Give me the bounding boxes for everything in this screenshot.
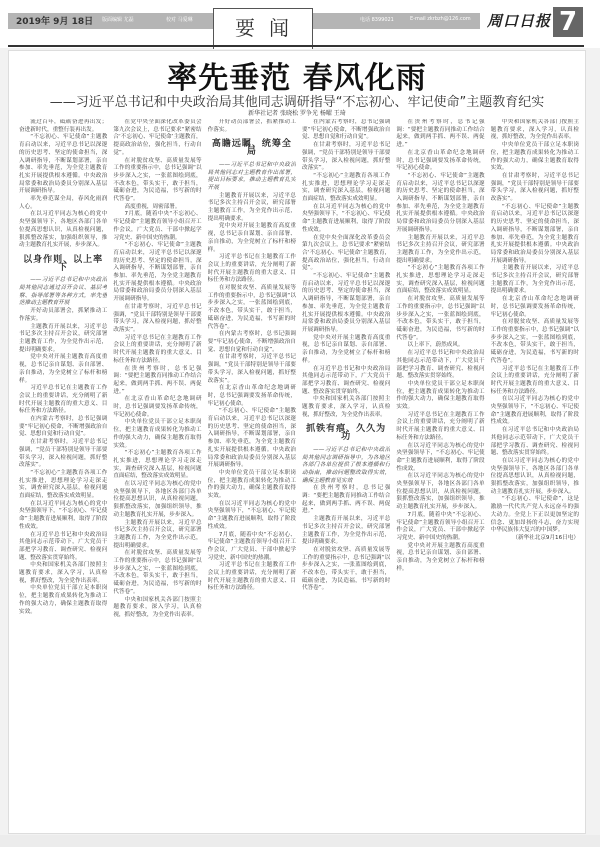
paragraph: 在对脱贫攻坚、高质量发展等工作的重要指示中，总书记强调“以步步深入之实，一张蓝图… (302, 547, 390, 593)
contact-email: E-mail zkrbzh@126.com (410, 16, 471, 22)
paragraph: “不忘初心、牢记使命”主题教育启动以来，习近平总书记以深邃的历史思考、坚定的使命… (208, 408, 296, 470)
column-6: 中央和国家机关各部门按照主题教育要求，深入学习，认真检视，抓好整改，为全党作出表… (491, 119, 579, 829)
section-heading: 以身作则、以上率下 (19, 257, 107, 272)
article-columns: 流过百年，砥砺奋进再出发；奋进新时代，重整行装再出发。 “不忘初心、牢记使命”主… (19, 119, 579, 829)
paragraph: 在贵州考察时，总书记强调：“要把主题教育同推动工作结合起来，做到两手抓、两不误、… (113, 366, 201, 397)
paragraph: 在北京香山革命纪念地调研时，总书记强调要发扬革命传统，牢记初心使命。 (113, 396, 201, 419)
paragraph: 在以习近平同志为核心的党中央坚强领导下，“不忘初心、牢记使命”主题教育进展顺利，… (19, 501, 107, 532)
byline: 新华社记者 张晓松 罗争光 杨曜 王琦 (9, 108, 585, 117)
section-intro: ——习近平总书记和中央政治局其他同志调研指导中，为各地区各部门各单位提供了根本遵… (302, 447, 390, 486)
page-number: 7 (553, 7, 583, 37)
paragraph: “不忘初心、牢记使命”主题教育启动以来，习近平总书记以深邃的历史思考、坚定的使命… (491, 204, 579, 266)
paragraph: 在甘肃考察时，习近平总书记强调，“党员干部特别是领导干部要带头学习，深入检视问题… (302, 142, 390, 173)
column-1: 流过百年，砥砺奋进再出发；奋进新时代，重整行装再出发。 “不忘初心、牢记使命”主… (19, 119, 107, 829)
paragraph: 在贵州考察时，总书记强调：“要把主题教育同推动工作结合起来，做到两手抓、两不误、… (396, 119, 484, 150)
paragraph: 7月底，随着中央“不忘初心、牢记使命”主题教育领导小组召开工作会议，广大党员、干… (113, 211, 201, 242)
article: 率先垂范 春风化雨 ——习近平总书记和中央政治局其他同志调研指导“不忘初心、牢记… (8, 50, 586, 834)
paragraph: 开好动员部署会，抓紧推动工作落实。 (208, 119, 296, 134)
paragraph: 习近平总书记在主题教育工作会议上的重要讲话，充分阐明了新时代开展主题教育的重大意… (19, 385, 107, 416)
paragraph: 在习近平总书记和中央政治局其他同志示范带动下，广大党员干部把学习教育、调查研究、… (302, 366, 390, 397)
paragraph: 党中央对开展主题教育高度重视，总书记亲自谋划、亲自部署、亲自推动，为全党树立了标… (19, 354, 107, 385)
section-heading: 高瞻远瞩、统筹全局 (208, 141, 296, 156)
paragraph: 中央单位党员干部立足本职岗位，把主题教育成果转化为推动工作的强大动力，确保主题教… (208, 470, 296, 501)
paragraph: “不忘初心、牢记使命”主题教育启动以来，习近平总书记以深邃的历史思考、坚定的使命… (302, 273, 390, 335)
paragraph: “不忘初心”主题教育各项工作扎实推进，思想理论学习走深走实，调查研究深入基层，检… (113, 450, 201, 481)
paragraph: 中央和国家机关各部门按照主题教育要求，深入学习，认真检视，抓好整改，为全党作出表… (19, 562, 107, 585)
paragraph: 中央和国家机关各部门按照主题教育要求，深入学习，认真检视，抓好整改，为全党作出表… (113, 597, 201, 620)
paragraph: 在甘肃考察时，习近平总书记强调，“党员干部特别是领导干部要带头学习，深入检视问题… (113, 304, 201, 335)
contact-phone: 电话 8399021 (360, 16, 394, 23)
paragraph: 在党中央全面深化改革委员会第九次会议上，总书记要求“紧密结合‘不忘初心、牢记使命… (302, 235, 390, 274)
paragraph: 在内蒙古考察时，总书记强调要“牢记初心使命，不断增强政治自觉、思想自觉和行动自觉… (19, 416, 107, 439)
masthead-divider (8, 45, 584, 47)
paragraph: 在习近平总书记和中央政治局其他同志示范带动下，广大党员干部把学习教育、调查研究、… (19, 532, 107, 563)
paragraph: 中央和国家机关各部门按照主题教育要求，深入学习，认真检视，抓好整改，为全党作出表… (491, 119, 579, 142)
paragraph: 在甘肃考察时，习近平总书记强调，“党员干部特别是领导干部要带头学习，深入检视问题… (491, 173, 579, 204)
paragraph: 在以习近平同志为核心的党中央坚强领导下，各地区各部门各单位提高思想认识，从真检视… (396, 473, 484, 512)
paragraph: 在甘肃考察时，习近平总书记强调，“党员干部特别是领导干部要带头学习，深入检视问题… (19, 439, 107, 470)
paragraph: 习近平总书记在主题教育工作会议上的重要讲话，充分阐明了新时代开展主题教育的重大意… (396, 412, 484, 443)
paragraph: 在以习近平同志为核心的党中央坚强领导下，各地区各部门各单位提高思想认识，从真检视… (113, 481, 201, 520)
section-label-box: 要闻 (213, 8, 313, 49)
section-intro: ——习近平总书记和中央政治局其他同志对主题教育作出部署，提出目标要求，推动主题教… (208, 162, 296, 193)
paragraph: 主题教育开展以来，习近平总书记多次主持召开会议，研究部署主题教育工作，为全党作出… (396, 235, 484, 266)
paragraph: 主题教育开展以来，习近平总书记多次主持召开会议，研究部署主题教育工作，为全党作出… (19, 324, 107, 355)
paragraph: 在以习近平同志为核心的党中央坚强领导下，“不忘初心、牢记使命”主题教育进展顺利，… (396, 443, 484, 474)
paragraph: 在对脱贫攻坚、高质量发展等工作的重要指示中，总书记强调“以步步深入之实，一张蓝图… (113, 550, 201, 596)
section-heading: 抓铁有痕、久久为功 (302, 426, 390, 441)
paragraph: 中央单位党员干部立足本职岗位，把主题教育成果转化为推动工作的强大动力，确保主题教… (113, 419, 201, 450)
paragraph: 习近平总书记在主题教育工作会议上的重要讲话，充分阐明了新时代开展主题教育的重大意… (113, 335, 201, 366)
issue-date: 2019年 9月 18日 (16, 14, 93, 27)
paragraph: 党中央对开展主题教育高度重视，总书记亲自谋划、亲自部署、亲自推动，为全党树立了标… (396, 543, 484, 574)
paragraph: 在北京香山革命纪念地调研时，总书记强调要发扬革命传统，牢记初心使命。 (396, 150, 484, 173)
paragraph: 中央单位党员干部立足本职岗位，把主题教育成果转化为推动工作的强大动力，确保主题教… (396, 381, 484, 412)
page-editor: 版面编辑 尤磊 (102, 16, 134, 23)
paragraph: 在党中央全面深化改革委员会第九次会议上，总书记要求“紧密结合‘不忘初心、牢记使命… (113, 119, 201, 158)
paragraph: “不忘初心、牢记使命”主题教育启动以来，习近平总书记以深邃的历史思考、坚定的使命… (396, 173, 484, 235)
column-5: 在贵州考察时，总书记强调：“要把主题教育同推动工作结合起来，做到两手抓、两不误、… (396, 119, 484, 829)
paragraph: 习近平总书记在主题教育工作会议上的重要讲话，充分阐明了新时代开展主题教育的重大意… (208, 562, 296, 593)
proofreader: 校对 马爱琳 (166, 16, 193, 23)
paragraph: “不忘初心”主题教育各项工作扎实推进，思想理论学习走深走实，调查研究深入基层，检… (19, 470, 107, 501)
paragraph: 主题教育开展以来，习近平总书记多次主持召开会议，研究部署主题教育工作，为全党作出… (113, 520, 201, 551)
paragraph: 在贵州考察时，总书记强调：“要把主题教育同推动工作结合起来，做到两手抓、两不误、… (302, 485, 390, 516)
paragraph: 在习近平总书记和中央政治局其他同志示范带动下，广大党员干部把学习教育、调查研究、… (491, 427, 579, 458)
column-2: 在党中央全面深化改革委员会第九次会议上，总书记要求“紧密结合‘不忘初心、牢记使命… (113, 119, 201, 829)
paragraph: “不忘初心、牢记使命”主题教育启动以来，习近平总书记以深邃的历史思考、坚定的使命… (113, 242, 201, 304)
paragraph: 在以习近平同志为核心的党中央坚强领导下，各地区各部门各单位提高思想认识，从真检视… (491, 458, 579, 497)
paragraph: 习近平总书记在主题教育工作会议上的重要讲话，充分阐明了新时代开展主题教育的重大意… (208, 254, 296, 285)
paragraph: 在以习近平同志为核心的党中央坚强领导下，“不忘初心、牢记使命”主题教育进展顺利，… (302, 204, 390, 235)
column-4: 在内蒙古考察时，总书记强调要“牢记初心使命，不断增强政治自觉、思想自觉和行动自觉… (302, 119, 390, 829)
paragraph: 主题教育开展以来，习近平总书记多次主持召开会议，研究部署主题教育工作，为全党作出… (491, 265, 579, 296)
paragraph: 在对脱贫攻坚、高质量发展等工作的重要指示中，总书记强调“以步步深入之实，一张蓝图… (113, 158, 201, 204)
paragraph: “不忘初心”主题教育各项工作扎实推进，思想理论学习走深走实，调查研究深入基层，检… (302, 173, 390, 204)
paragraph: 以上率下，蔚然成风。 (396, 342, 484, 350)
paragraph: 中央单位党员干部立足本职岗位，把主题教育成果转化为推动工作的强大动力，确保主题教… (491, 142, 579, 173)
section-label: 要闻 (223, 16, 303, 40)
paragraph: 开好动员部署会，抓紧推动工作落实。 (19, 308, 107, 323)
paragraph: 在内蒙古考察时，总书记强调要“牢记初心使命，不断增强政治自觉、思想自觉和行动自觉… (302, 119, 390, 142)
paragraph: 在对脱贫攻坚、高质量发展等工作的重要指示中，总书记强调“以步步深入之实，一张蓝图… (396, 296, 484, 342)
paragraph: 党中央对开展主题教育高度重视，总书记亲自谋划、亲自部署、亲自推动，为全党树立了标… (302, 335, 390, 366)
dateline: （新华社北京9月16日电） (491, 535, 579, 543)
paragraph: 中央单位党员干部立足本职岗位，把主题教育成果转化为推动工作的强大动力，确保主题教… (19, 585, 107, 616)
paragraph: 在北京香山革命纪念地调研时，总书记强调要发扬革命传统，牢记初心使命。 (208, 385, 296, 408)
page-bottom-margin (0, 835, 600, 847)
paragraph: 7月底，随着中央“不忘初心、牢记使命”主题教育领导小组召开工作会议，广大党员、干… (396, 512, 484, 543)
section-intro: ——习近平总书记和中央政治局其他同志通过召开会议、基层考察、指导部署等各种方式，… (19, 277, 107, 308)
paragraph: 在对脱贫攻坚、高质量发展等工作的重要指示中，总书记强调“以步步深入之实，一张蓝图… (491, 319, 579, 365)
masthead: 2019年 9月 18日 版面编辑 尤磊 校对 马爱琳 要闻 电话 839902… (0, 0, 600, 48)
paragraph: 在对脱贫攻坚、高质量发展等工作的重要指示中，总书记强调“以步步深入之实，一张蓝图… (208, 285, 296, 331)
paragraph: 在习近平总书记和中央政治局其他同志示范带动下，广大党员干部把学习教育、调查研究、… (396, 350, 484, 381)
paragraph: 在甘肃考察时，习近平总书记强调，“党员干部特别是领导干部要带头学习，深入检视问题… (208, 354, 296, 385)
paragraph: 党中央对开展主题教育高度重视，总书记亲自谋划、亲自部署、亲自推动，为全党树立了标… (208, 223, 296, 254)
paragraph: 在内蒙古考察时，总书记强调要“牢记初心使命，不断增强政治自觉、思想自觉和行动自觉… (208, 331, 296, 354)
paragraph: “不忘初心”主题教育各项工作扎实推进，思想理论学习走深走实，调查研究深入基层，检… (396, 265, 484, 296)
paragraph: 习近平总书记在主题教育工作会议上的重要讲话，充分阐明了新时代开展主题教育的重大意… (491, 366, 579, 397)
paragraph: “不忘初心、牢记使命”主题教育启动以来，习近平总书记以深邃的历史思考、坚定的使命… (19, 134, 107, 196)
paragraph: 在以习近平同志为核心的党中央坚强领导下，各地区各部门各单位提高思想认识，从真检视… (19, 211, 107, 250)
paragraph: 中央和国家机关各部门按照主题教育要求，深入学习，认真检视，抓好整改，为全党作出表… (302, 396, 390, 419)
paragraph: 在以习近平同志为核心的党中央坚强领导下，“不忘初心、牢记使命”主题教育进展顺利，… (208, 501, 296, 532)
paragraph: 在以习近平同志为核心的党中央坚强领导下，“不忘初心、牢记使命”主题教育进展顺利，… (491, 396, 579, 427)
paragraph: “不忘初心、牢记使命”，这是激励一代代共产党人永远奋斗的强大动力。全党上下正以更… (491, 496, 579, 535)
paragraph: 率先垂范谋全局，春风化雨润人心。 (19, 196, 107, 211)
paragraph: 主题教育开展以来，习近平总书记多次主持召开会议，研究部署主题教育工作，为全党作出… (208, 193, 296, 224)
newspaper-logo: 周口日报 (487, 10, 551, 31)
column-3: 开好动员部署会，抓紧推动工作落实。 高瞻远瞩、统筹全局 ——习近平总书记和中央政… (208, 119, 296, 829)
paragraph: 7月底，随着中央“不忘初心、牢记使命”主题教育领导小组召开工作会议，广大党员、干… (208, 532, 296, 563)
paragraph: 流过百年，砥砺奋进再出发；奋进新时代，重整行装再出发。 (19, 119, 107, 134)
paragraph: 在北京香山革命纪念地调研时，总书记强调要发扬革命传统，牢记初心使命。 (491, 296, 579, 319)
paragraph: 主题教育开展以来，习近平总书记多次主持召开会议，研究部署主题教育工作，为全党作出… (302, 516, 390, 547)
